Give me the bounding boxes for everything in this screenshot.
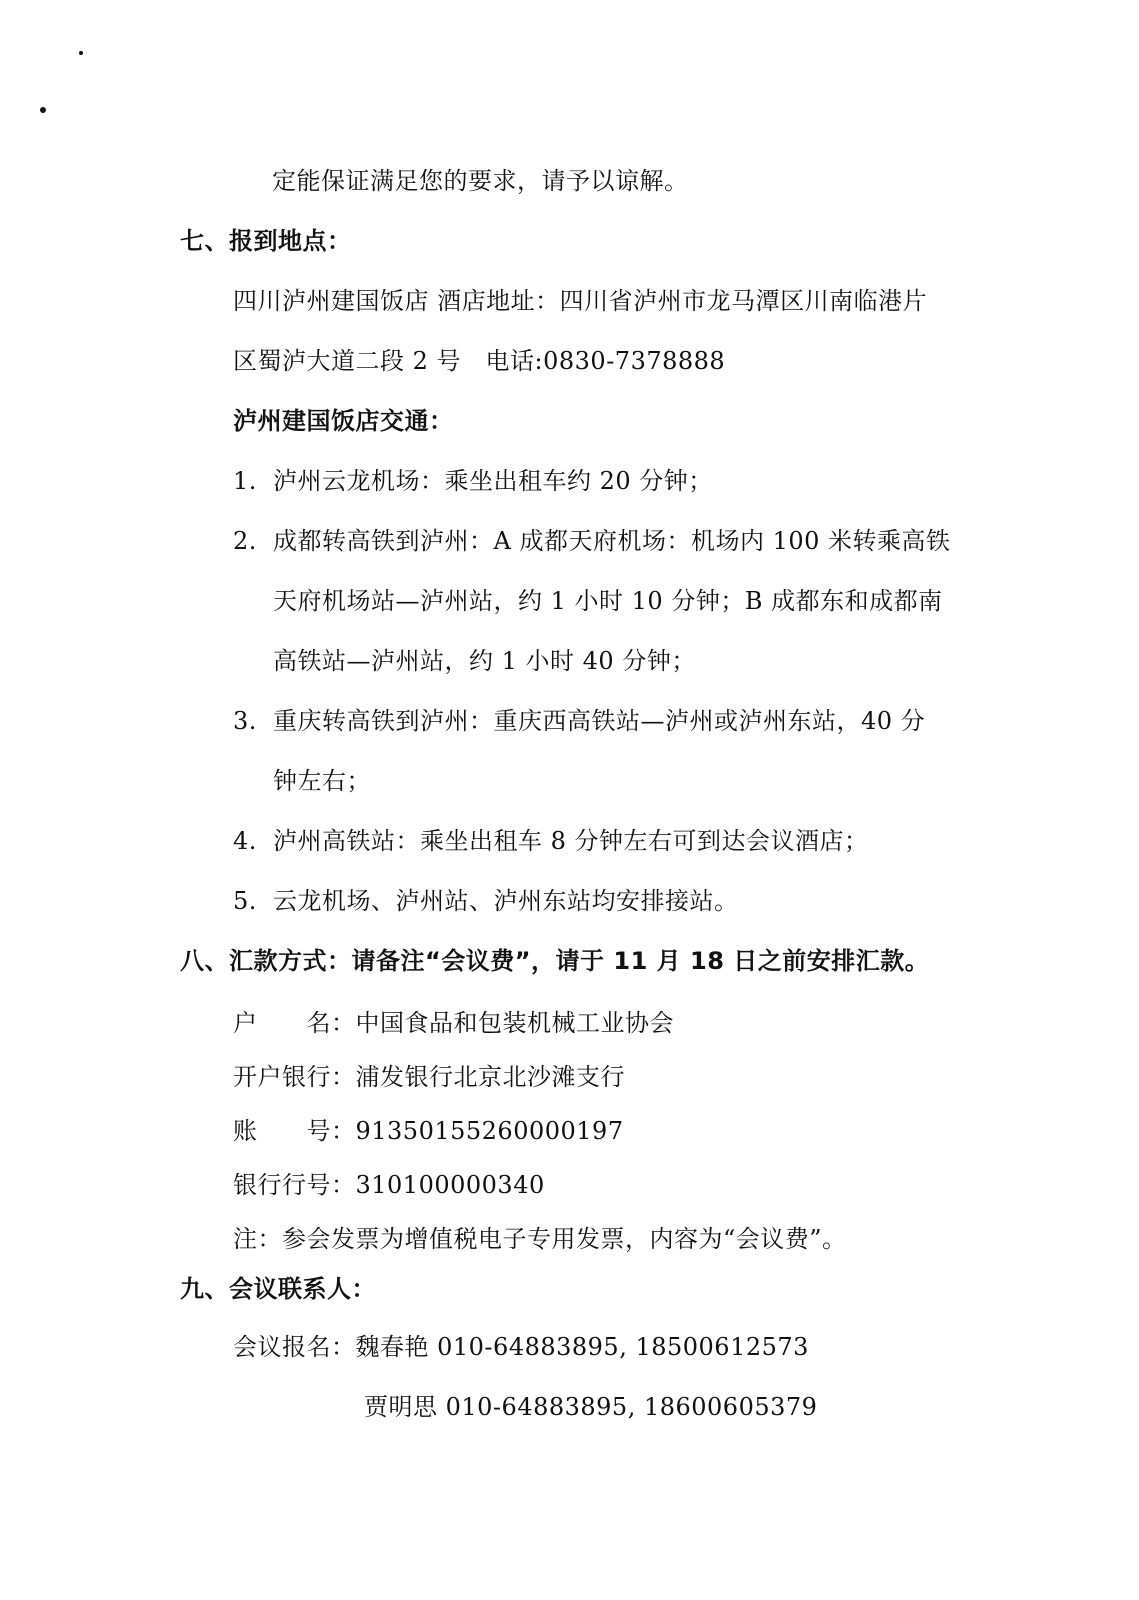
transport-item-2-cont: 高铁站—泸州站，约 1 小时 40 分钟； (273, 646, 696, 676)
section-7-heading: 七、报到地点： (180, 226, 352, 256)
section-8-heading: 八、汇款方式：请备注“会议费”，请于 11 月 18 日之前安排汇款。 (180, 946, 929, 976)
hotel-address-line-2: 区蜀泸大道二段 2 号 电话:0830-7378888 (233, 346, 725, 376)
transport-item-3: 3.重庆转高铁到泸州：重庆西高铁站—泸州或泸州东站，40 分 (233, 706, 925, 736)
item-number: 3. (233, 706, 273, 736)
registration-contact-1: 会议报名：魏春艳 010-64883895, 18500612573 (233, 1332, 809, 1362)
section-9-heading: 九、会议联系人： (180, 1274, 376, 1304)
transport-item-2-cont: 天府机场站—泸州站，约 1 小时 10 分钟；B 成都东和成都南 (273, 586, 943, 616)
registration-contact-2: 贾明思 010-64883895, 18600605379 (364, 1392, 817, 1422)
contact-value: 魏春艳 010-64883895, 18500612573 (356, 1333, 809, 1361)
account-name-label: 户 名： (233, 1009, 356, 1037)
account-name-row: 户 名：中国食品和包装机械工业协会 (233, 1008, 674, 1038)
bank-code-label: 银行行号： (233, 1171, 356, 1199)
item-number: 4. (233, 826, 273, 856)
transport-item-3-cont: 钟左右； (273, 766, 371, 796)
item-number: 5. (233, 886, 273, 916)
transport-heading: 泸州建国饭店交通： (233, 406, 454, 436)
transport-item-4: 4.泸州高铁站：乘坐出租车 8 分钟左右可到达会议酒店； (233, 826, 869, 856)
scan-speck (79, 51, 83, 55)
item-text: 云龙机场、泸州站、泸州东站均安排接站。 (273, 887, 739, 915)
bank-code-value: 310100000340 (356, 1171, 545, 1199)
item-number: 1. (233, 466, 273, 496)
account-number-value: 91350155260000197 (356, 1117, 624, 1145)
scan-speck (40, 107, 46, 113)
account-name-value: 中国食品和包装机械工业协会 (356, 1009, 675, 1037)
item-number: 2. (233, 526, 273, 556)
item-text: 泸州高铁站：乘坐出租车 8 分钟左右可到达会议酒店； (273, 827, 869, 855)
item-text: 泸州云龙机场：乘坐出租车约 20 分钟； (273, 467, 713, 495)
item-text: 成都转高铁到泸州：A 成都天府机场：机场内 100 米转乘高铁 (273, 527, 951, 555)
bank-label: 开户银行： (233, 1063, 356, 1091)
invoice-note: 注：参会发票为增值税电子专用发票，内容为“会议费”。 (233, 1224, 847, 1254)
transport-item-5: 5.云龙机场、泸州站、泸州东站均安排接站。 (233, 886, 739, 916)
transport-item-2: 2.成都转高铁到泸州：A 成都天府机场：机场内 100 米转乘高铁 (233, 526, 951, 556)
bank-row: 开户银行：浦发银行北京北沙滩支行 (233, 1062, 625, 1092)
account-number-label: 账 号： (233, 1117, 356, 1145)
continuation-text: 定能保证满足您的要求，请予以谅解。 (272, 166, 689, 196)
hotel-address-line-1: 四川泸州建国饭店 酒店地址：四川省泸州市龙马潭区川南临港片 (233, 286, 927, 316)
item-text: 重庆转高铁到泸州：重庆西高铁站—泸州或泸州东站，40 分 (273, 707, 925, 735)
registration-label: 会议报名： (233, 1333, 356, 1361)
account-number-row: 账 号：91350155260000197 (233, 1116, 624, 1146)
bank-code-row: 银行行号：310100000340 (233, 1170, 545, 1200)
transport-item-1: 1.泸州云龙机场：乘坐出租车约 20 分钟； (233, 466, 713, 496)
bank-value: 浦发银行北京北沙滩支行 (356, 1063, 626, 1091)
